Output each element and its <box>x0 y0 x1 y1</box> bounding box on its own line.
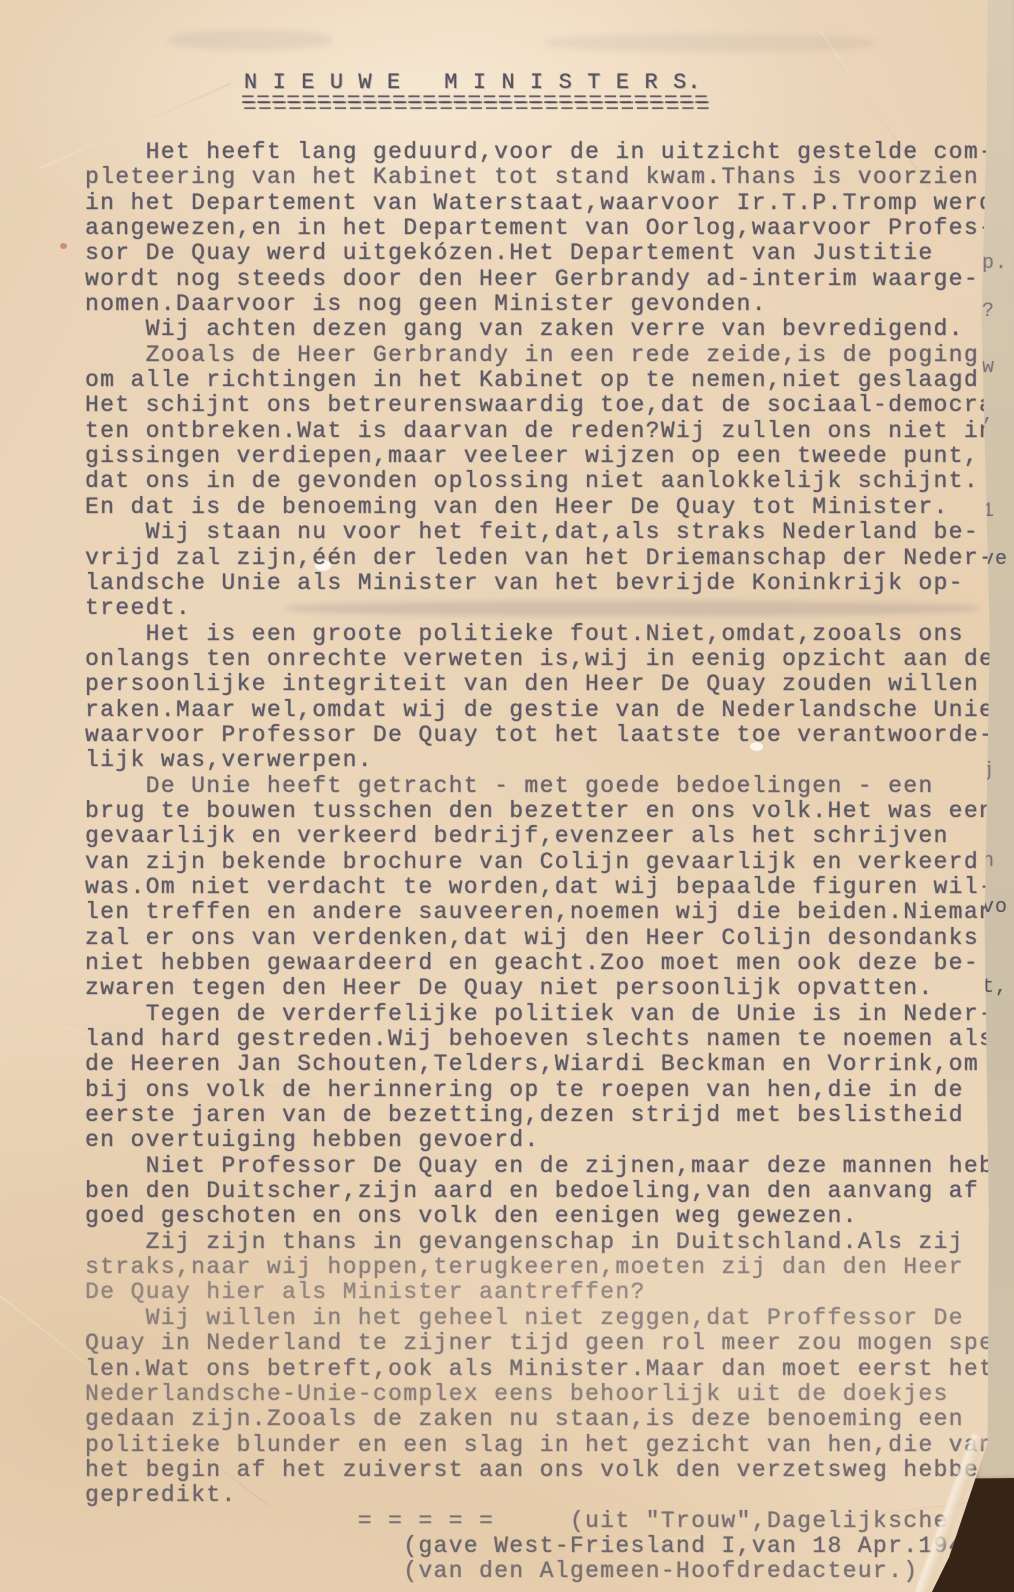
text-line: was.Om niet verdacht te worden,dat wij b… <box>85 875 1014 900</box>
text-line: (van den Algemeen-Hoofdredacteur.) <box>85 1559 1014 1584</box>
text-line: gissingen verdiepen,maar veeleer wijzen … <box>85 444 1014 469</box>
text-line: het begin af het zuiverst aan ons volk d… <box>85 1458 1014 1483</box>
text-line: Niet Professor De Quay en de zijnen,maar… <box>85 1154 1014 1179</box>
text-line: en overtuiging hebben gevoerd. <box>85 1128 1014 1153</box>
text-line: Tegen de verderfelijke politiek van de U… <box>85 1002 1014 1027</box>
edge-text-fragment: ? <box>982 300 995 323</box>
text-line: len.Wat ons betreft,ook als Minister.Maa… <box>85 1357 1014 1382</box>
text-line: treedt. <box>85 596 1014 621</box>
text-line: zwaren tegen den Heer De Quay niet perso… <box>85 976 1014 1001</box>
text-line: Het heeft lang geduurd,voor de in uitzic… <box>85 140 1014 165</box>
rust-speck <box>60 243 67 249</box>
text-line: eerste jaren van de bezetting,dezen stri… <box>85 1103 1014 1128</box>
text-line: vrijd zal zijn,één der leden van het Dri… <box>85 546 1014 571</box>
text-line: van zijn bekende brochure van Colijn gev… <box>85 850 1014 875</box>
text-line: Het schijnt ons betreurenswaardig toe,da… <box>85 393 1014 418</box>
text-line: De Unie heeft getracht - met goede bedoe… <box>85 774 1014 799</box>
ghost-ink-smudge <box>545 34 875 52</box>
edge-text-fragment: w <box>982 356 995 379</box>
text-line: goed geschoten en ons volk den eenigen w… <box>85 1204 1014 1229</box>
text-line: zal er ons van verdenken,dat wij den Hee… <box>85 926 1014 951</box>
text-line: Zooals de Heer Gerbrandy in een rede zei… <box>85 343 1014 368</box>
title-underline: =============================== <box>243 94 711 120</box>
text-line: bij ons volk de herinnering op te roepen… <box>85 1078 1014 1103</box>
text-line: Wij willen in het geheel niet zeggen,dat… <box>85 1306 1014 1331</box>
ghost-ink-smudge <box>168 30 333 50</box>
text-line: landsche Unie als Minister van het bevri… <box>85 571 1014 596</box>
text-line: ten ontbreken.Wat is daarvan de reden?Wi… <box>85 419 1014 444</box>
text-line: om alle richtingen in het Kabinet op te … <box>85 368 1014 393</box>
text-line: Wij achten dezen gang van zaken verre va… <box>85 317 1014 342</box>
edge-text-fragment: vo <box>982 896 1008 919</box>
edge-text-fragment: t, <box>982 976 1008 999</box>
text-line: brug te bouwen tusschen den bezetter en … <box>85 799 1014 824</box>
text-line: aangewezen,en in het Departement van Oor… <box>85 216 1014 241</box>
typed-text-block: Het heeft lang geduurd,voor de in uitzic… <box>85 140 1014 1585</box>
text-line: Het is een groote politieke fout.Niet,om… <box>85 622 1014 647</box>
text-line: gepredikt. <box>85 1483 1014 1508</box>
text-line: gevaarlijk en verkeerd bedrijf,evenzeer … <box>85 824 1014 849</box>
text-line: De Quay hier als Minister aantreffen? <box>85 1280 1014 1305</box>
edge-text-fragment: p. <box>982 252 1008 275</box>
text-line: pleteering van het Kabinet tot stand kwa… <box>85 165 1014 190</box>
text-line: dat ons in de gevonden oplossing niet aa… <box>85 469 1014 494</box>
text-line: wordt nog steeds door den Heer Gerbrandy… <box>85 267 1014 292</box>
text-line: (gave West-Friesland I,van 18 Apr.1945. <box>85 1534 1014 1559</box>
text-line: En dat is de benoeming van den Heer De Q… <box>85 495 1014 520</box>
document-page: N I E U W E M I N I S T E R S. =========… <box>0 0 1014 1592</box>
text-line: persoonlijke integriteit van den Heer De… <box>85 672 1014 697</box>
text-line: sor De Quay werd uitgekózen.Het Departem… <box>85 241 1014 266</box>
text-line: onlangs ten onrechte verweten is,wij in … <box>85 647 1014 672</box>
text-line: = = = = = (uit "Trouw",Dagelijksche Uit <box>85 1509 1014 1534</box>
text-line: straks,naar wij hoppen,terugkeeren,moete… <box>85 1255 1014 1280</box>
text-line: de Heeren Jan Schouten,Telders,Wiardi Be… <box>85 1052 1014 1077</box>
text-line: Nederlandsche-Unie-complex eens behoorli… <box>85 1382 1014 1407</box>
scanned-document-photo: { "document": { "title": "N I E U W E M … <box>0 0 1014 1592</box>
text-line: waarvoor Professor De Quay tot het laats… <box>85 723 1014 748</box>
text-line: gedaan zijn.Zooals de zaken nu staan,is … <box>85 1407 1014 1432</box>
text-line: Zij zijn thans in gevangenschap in Duits… <box>85 1230 1014 1255</box>
text-line: land hard gestreden.Wij behoeven slechts… <box>85 1027 1014 1052</box>
text-line: raken.Maar wel,omdat wij de gestie van d… <box>85 698 1014 723</box>
text-line: Wij staan nu voor het feit,dat,als strak… <box>85 520 1014 545</box>
text-line: len treffen en andere sauveeren,noemen w… <box>85 900 1014 925</box>
text-line: ben den Duitscher,zijn aard en bedoeling… <box>85 1179 1014 1204</box>
text-line: lijk was,verwerpen. <box>85 748 1014 773</box>
text-line: Quay in Nederland te zijner tijd geen ro… <box>85 1331 1014 1356</box>
text-line: niet hebben gewaardeerd en geacht.Zoo mo… <box>85 951 1014 976</box>
text-line: nomen.Daarvoor is nog geen Minister gevo… <box>85 292 1014 317</box>
text-line: in het Departement van Waterstaat,waarvo… <box>85 191 1014 216</box>
text-line: politieke blunder en een slag in het gez… <box>85 1433 1014 1458</box>
